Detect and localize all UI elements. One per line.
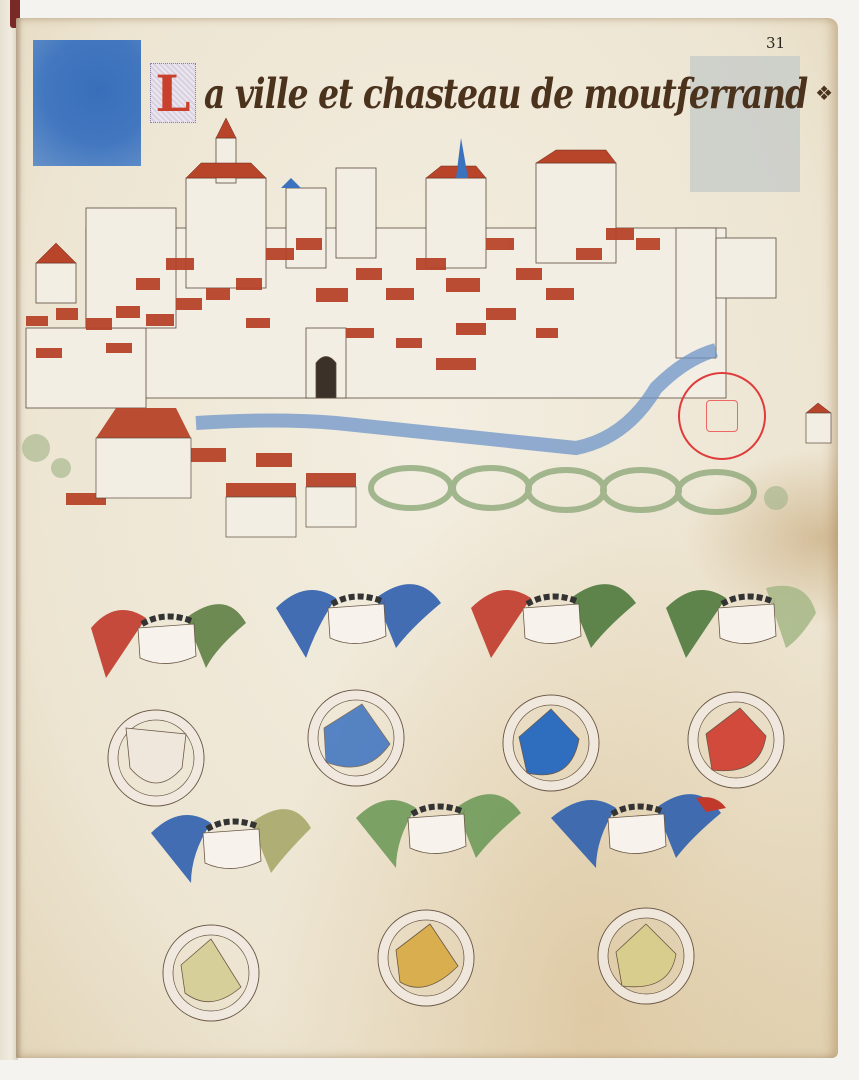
coat-of-arms-6 [356, 794, 521, 1006]
title-text: a ville et chasteau de moutferrand [204, 69, 807, 118]
illuminated-initial: L [150, 63, 196, 123]
flourish-icon: ❖ [815, 81, 833, 105]
coat-of-arms-5 [151, 809, 311, 1021]
town-illustration [16, 118, 838, 538]
stamp-crest-icon [706, 400, 738, 432]
coat-of-arms-2 [276, 584, 441, 786]
library-stamp [678, 372, 766, 460]
coat-of-arms-1 [91, 604, 246, 806]
coat-of-arms-4 [666, 586, 816, 788]
coat-of-arms-3 [471, 584, 636, 791]
folio-number: 31 [766, 34, 785, 52]
coat-of-arms-7 [551, 794, 726, 1004]
manuscript-page: 31 L a ville et chasteau de moutferrand … [16, 18, 838, 1058]
coats-of-arms-grid [16, 558, 838, 1038]
